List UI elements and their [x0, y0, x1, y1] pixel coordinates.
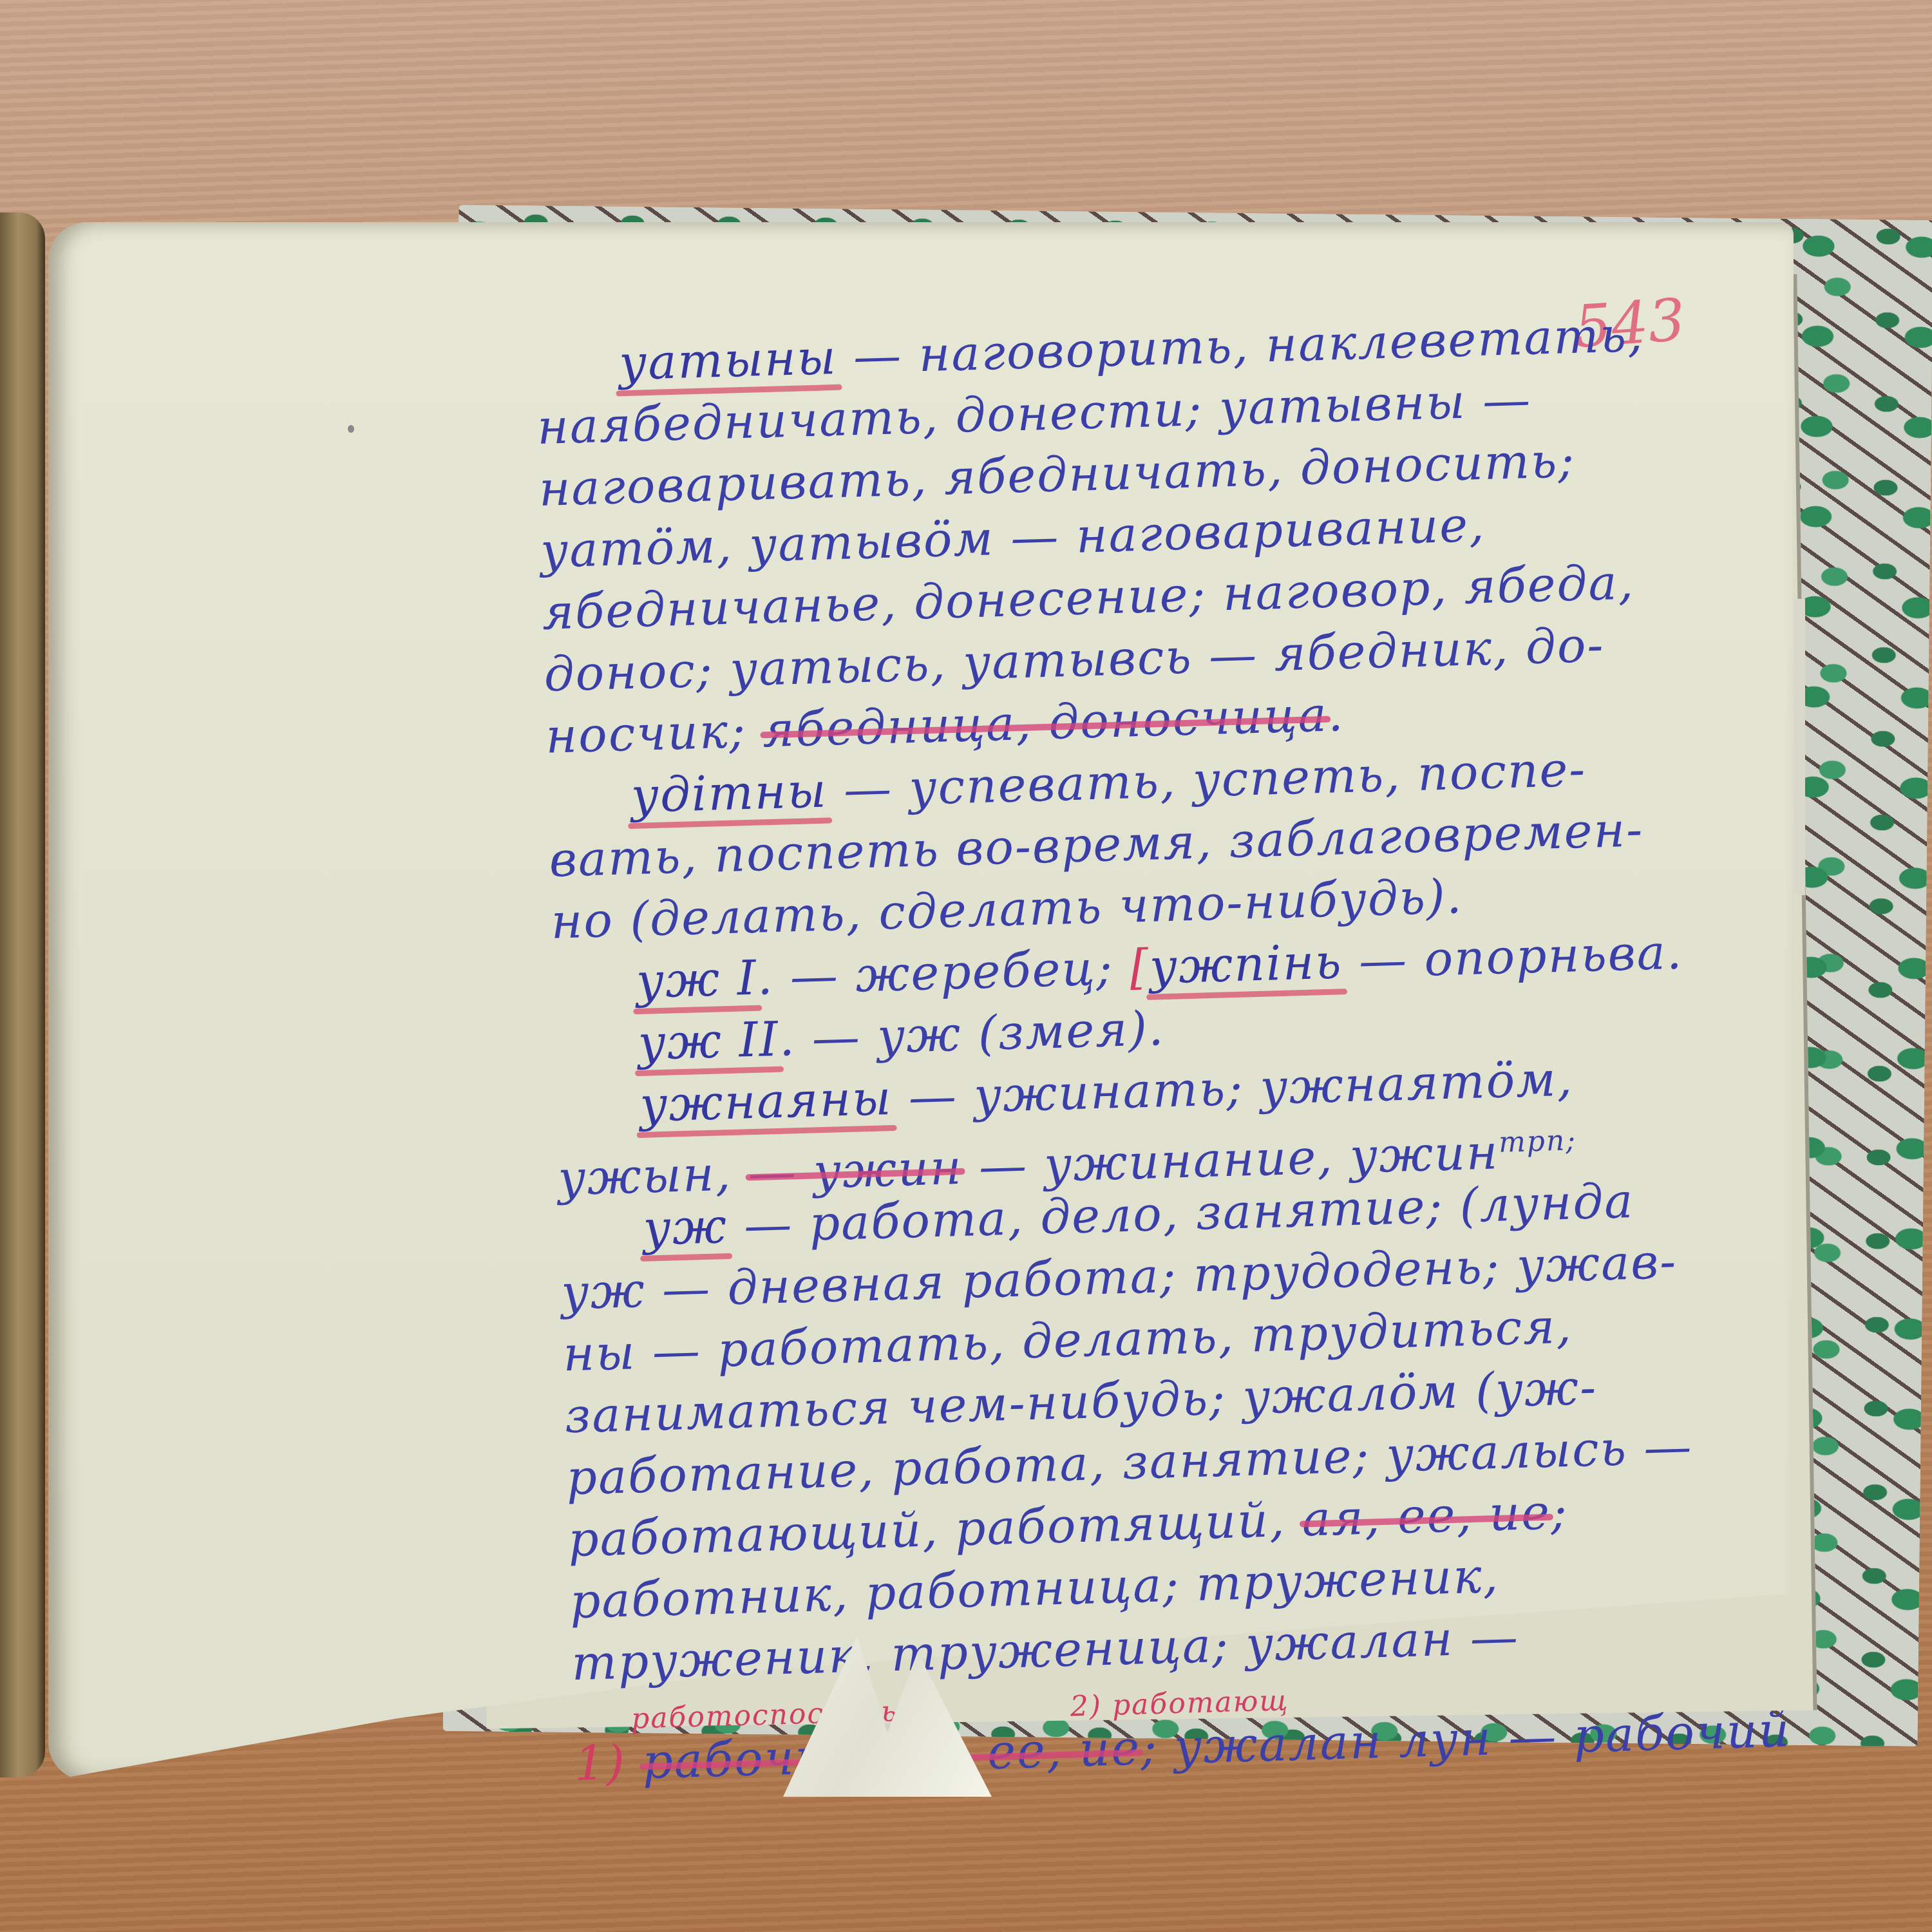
headword: уж II [638, 1012, 780, 1071]
headword: удiтны [630, 763, 828, 824]
headword: уж I [636, 951, 758, 1009]
handwritten-entries: уатыны — наговорить, наклеветать, наябед… [535, 300, 1831, 1795]
ink-dot [348, 425, 354, 433]
struck-text: — ужин [747, 1140, 963, 1201]
inserted-note: трп; [1498, 1124, 1577, 1159]
headword: уж [643, 1198, 728, 1256]
headword: ужнаяны [639, 1070, 893, 1133]
struck-text: ая, ее, ие [1302, 1485, 1552, 1548]
headword: уатыны [618, 330, 838, 391]
headword: ужпiнь [1149, 934, 1343, 994]
facing-page-edge [0, 213, 45, 1777]
